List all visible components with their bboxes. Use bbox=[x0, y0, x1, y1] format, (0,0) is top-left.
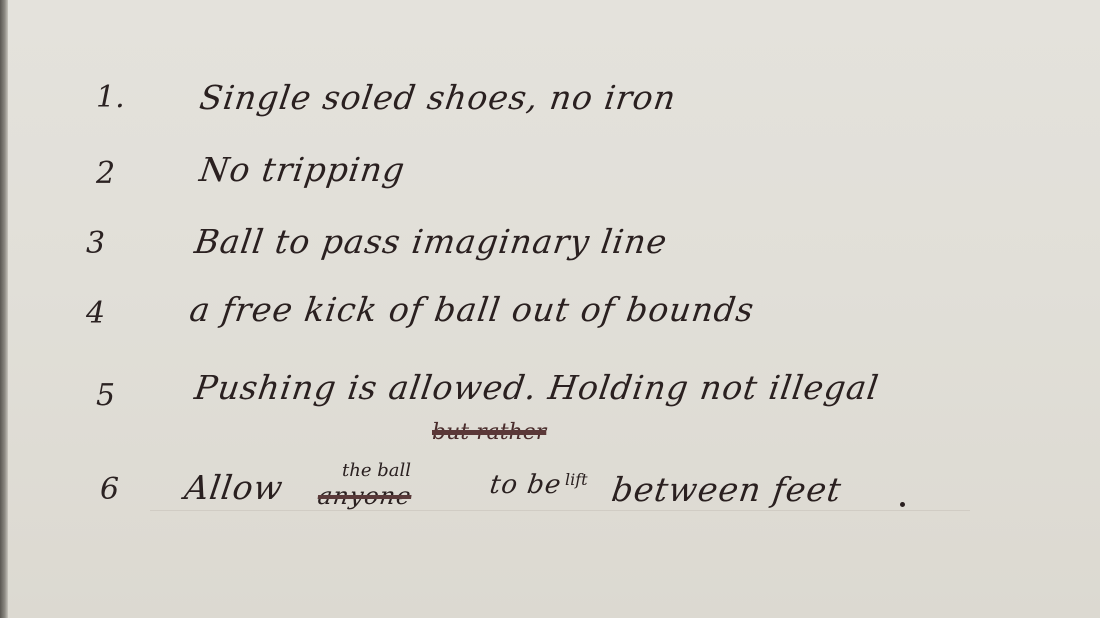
list-item-4: 4 a free kick of ball out of bounds bbox=[0, 290, 1100, 350]
struck-word: anyone bbox=[316, 482, 413, 510]
list-item-6: but rather 6 Allow the ball anyone to be… bbox=[0, 420, 1100, 530]
list-item-5: 5 Pushing is allowed. Holding not illega… bbox=[0, 368, 1100, 428]
item-text: No tripping bbox=[197, 150, 407, 189]
item-text: Ball to pass imaginary line bbox=[192, 222, 670, 261]
item-text-before: Allow bbox=[182, 468, 286, 507]
list-item-1: 1. Single soled shoes, no iron bbox=[0, 78, 1100, 138]
item-text-after: between feet bbox=[609, 470, 844, 509]
item-number: 3 bbox=[86, 226, 105, 261]
insertion-small: lift bbox=[565, 470, 588, 489]
insertion-above: the ball bbox=[342, 460, 411, 481]
item-text: Pushing is allowed. Holding not illegal bbox=[192, 368, 881, 407]
item-number: 5 bbox=[96, 378, 115, 413]
item-number: 2 bbox=[96, 156, 115, 191]
list-item-3: 3 Ball to pass imaginary line bbox=[0, 222, 1100, 282]
item-number: 6 bbox=[100, 472, 119, 507]
list-item-2: 2 No tripping bbox=[0, 150, 1100, 210]
struck-insertion: but rather bbox=[432, 420, 546, 445]
item-text-middle: to be bbox=[488, 470, 564, 500]
item-number: 4 bbox=[86, 296, 105, 331]
item-number: 1. bbox=[96, 80, 125, 115]
full-stop-mark bbox=[900, 502, 905, 507]
item-text: a free kick of ball out of bounds bbox=[187, 290, 757, 329]
item-text: Single soled shoes, no iron bbox=[197, 78, 679, 117]
